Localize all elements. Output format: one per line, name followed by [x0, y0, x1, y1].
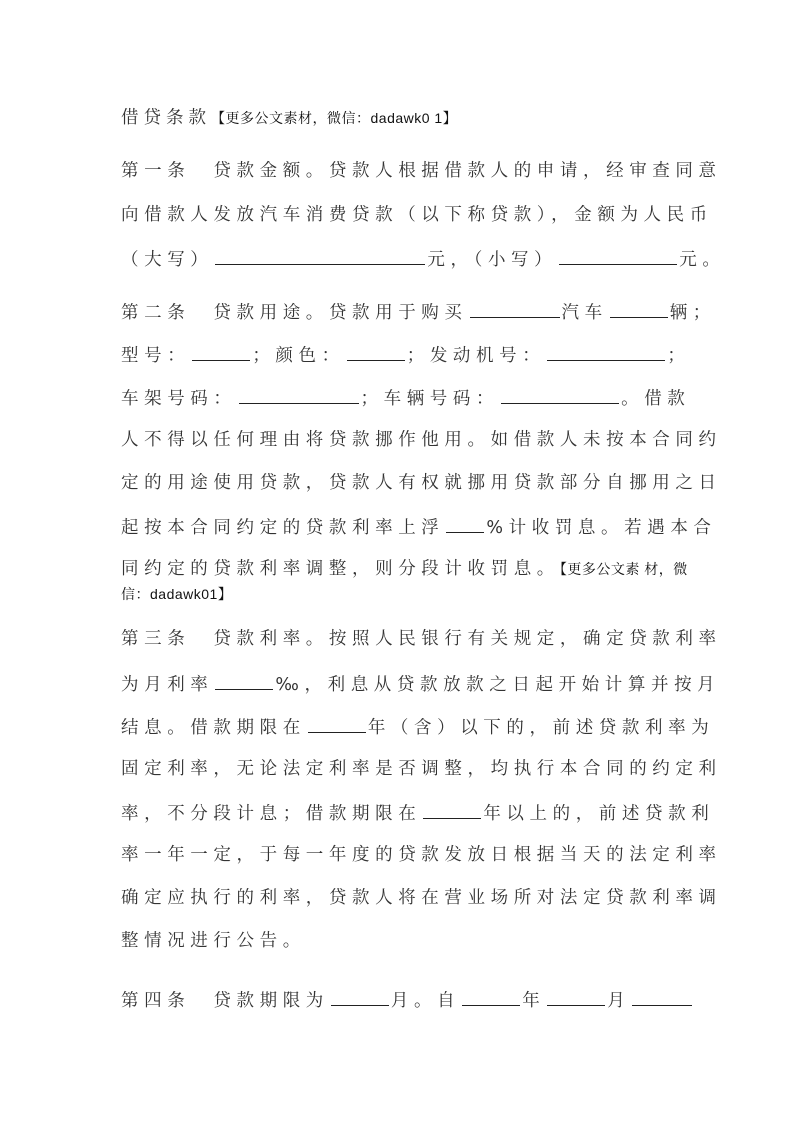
article-2-line-1: 第二条 贷款用途。贷款用于购买汽车辆；: [121, 299, 716, 325]
article-4-line-1: 第四条 贷款期限为月。自年月: [121, 987, 694, 1013]
term-years-blank[interactable]: [308, 714, 366, 733]
text-segment: 第四条 贷款期限为: [121, 991, 329, 1011]
text-segment: 车架号码：: [121, 389, 237, 409]
article-3-line-5: 率，不分段计息；借款期限在年以上的，前述贷款利: [121, 800, 714, 826]
article-1-line-1: 第一条 贷款金额。贷款人根据借款人的申请，经审查同意: [121, 159, 722, 183]
article-3-line-2: 为月利率‰，利息从贷款放款之日起开始计算并按月: [121, 671, 720, 697]
text-segment: 月。自: [391, 991, 460, 1011]
engine-number-blank[interactable]: [547, 342, 665, 361]
document-title: 借贷条款: [121, 108, 211, 128]
start-year-blank[interactable]: [462, 987, 520, 1006]
text-segment: ；: [667, 346, 690, 366]
amount-uppercase-blank[interactable]: [215, 246, 425, 265]
article-3-line-6: 率一年一定，于每一年度的贷款发放日根据当天的法定利率: [121, 843, 722, 867]
text-segment: 元。: [679, 250, 725, 270]
inline-note: 【更多公文素 材，微: [560, 561, 688, 577]
car-count-blank[interactable]: [610, 299, 668, 318]
article-3-line-4: 固定利率，无论法定利率是否调整，均执行本合同的约定利: [121, 757, 722, 781]
monthly-rate-blank[interactable]: [215, 671, 273, 690]
frame-number-blank[interactable]: [239, 385, 359, 404]
text-segment: 率，不分段计息；借款期限在: [121, 804, 421, 824]
text-segment: 年以上的，前述贷款利: [483, 804, 714, 824]
model-blank[interactable]: [192, 342, 250, 361]
article-2-line-3: 车架号码：；车辆号码：。借款: [121, 385, 690, 411]
article-2-line-6: 起按本合同约定的贷款利率上浮%计收罚息。若遇本合: [121, 514, 717, 540]
document-title-line: 借贷条款【更多公文素材，微信：dadawk0 1】: [121, 106, 457, 130]
article-1-line-2: 向借款人发放汽车消费贷款（以下称贷款），金额为人民币: [121, 203, 713, 227]
document-page: 借贷条款【更多公文素材，微信：dadawk0 1】 第一条 贷款金额。贷款人根据…: [0, 0, 793, 1122]
amount-numeric-blank[interactable]: [559, 246, 677, 265]
loan-months-blank[interactable]: [331, 987, 389, 1006]
title-note: 【更多公文素材，微信：dadawk0 1】: [211, 110, 457, 126]
text-segment: 年: [522, 991, 545, 1011]
article-1-line-3: （大写）元，（小写）元。: [121, 246, 725, 272]
article-2-line-4: 人不得以任何理由将贷款挪作他用。如借款人未按本合同约: [121, 428, 722, 452]
text-segment: 结息。借款期限在: [121, 718, 306, 738]
color-blank[interactable]: [347, 342, 405, 361]
text-segment: 元，（小写）: [427, 250, 557, 270]
penalty-rate-blank[interactable]: [446, 514, 484, 533]
article-3-line-7: 确定应执行的利率，贷款人将在营业场所对法定贷款利率调: [121, 886, 722, 910]
start-day-blank[interactable]: [632, 987, 692, 1006]
text-segment: 年（含）以下的，前述贷款利率为: [368, 718, 715, 738]
text-segment: 汽车: [562, 303, 608, 323]
article-2-line-8: 信：dadawk01】: [121, 582, 232, 606]
article-3-line-3: 结息。借款期限在年（含）以下的，前述贷款利率为: [121, 714, 714, 740]
text-segment: 。借款: [621, 389, 690, 409]
text-segment: 第二条 贷款用途。贷款用于购买: [121, 303, 468, 323]
text-segment: 为月利率: [121, 675, 213, 695]
car-brand-blank[interactable]: [470, 299, 560, 318]
article-3-line-1: 第三条 贷款利率。按照人民银行有关规定，确定贷款利率: [121, 627, 722, 651]
text-segment: （大写）: [121, 250, 213, 270]
text-segment: 同约定的贷款利率调整，则分段计收罚息。: [121, 559, 560, 579]
text-segment: ；发动机号：: [407, 346, 546, 366]
vehicle-number-blank[interactable]: [501, 385, 619, 404]
text-segment: %计收罚息。若遇本合: [486, 518, 716, 538]
term-years-above-blank[interactable]: [423, 800, 481, 819]
article-2-line-7: 同约定的贷款利率调整，则分段计收罚息。【更多公文素 材，微: [121, 557, 688, 581]
text-segment: 起按本合同约定的贷款利率上浮: [121, 518, 444, 538]
text-segment: 月: [607, 991, 630, 1011]
text-segment: ‰，利息从贷款放款之日起开始计算并按月: [275, 675, 720, 695]
article-2-line-2: 型号：；颜色：；发动机号：；: [121, 342, 690, 368]
text-segment: 型号：: [121, 346, 190, 366]
text-segment: 辆；: [670, 303, 716, 323]
inline-note: 信：dadawk01】: [121, 586, 232, 602]
article-2-line-5: 定的用途使用贷款，贷款人有权就挪用贷款部分自挪用之日: [121, 471, 722, 495]
text-segment: ；车辆号码：: [361, 389, 500, 409]
start-month-blank[interactable]: [547, 987, 605, 1006]
text-segment: ；颜色：: [252, 346, 344, 366]
article-3-line-8: 整情况进行公告。: [121, 929, 306, 953]
